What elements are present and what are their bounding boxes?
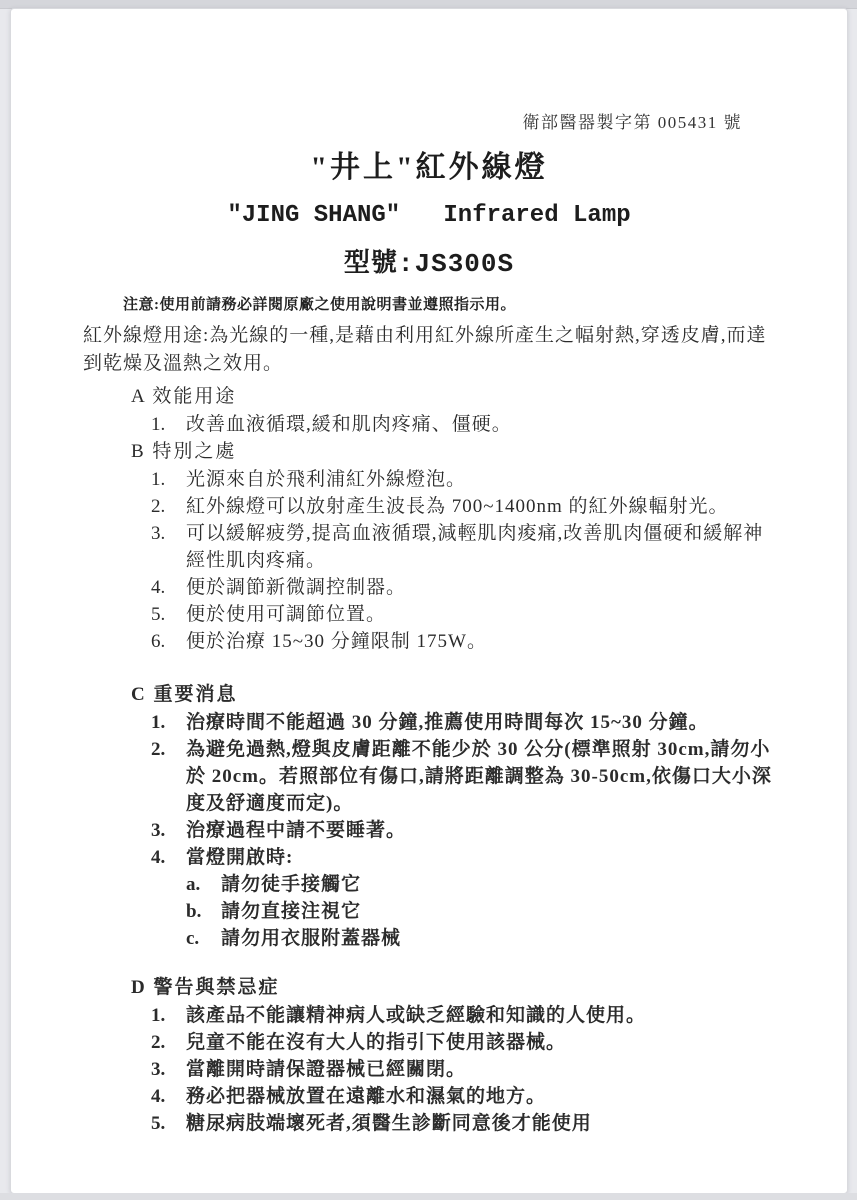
section-B-item-2-number: 2. (151, 493, 186, 520)
section-B-item-4-text: 便於調節新微調控制器。 (186, 574, 774, 601)
intro-paragraph: 紅外線燈用途:為光線的一種,是藉由利用紅外線所產生之幅射熱,穿透皮膚,而達到乾燥… (83, 322, 777, 378)
section-C-item-4-sub-c: c.請勿用衣服附蓋器械 (186, 925, 847, 952)
section-C-item-2: 2.為避免過熱,燈與皮膚距離不能少於 30 公分(標準照射 30cm,請勿小於 … (151, 736, 847, 817)
registration-number: 衛部醫器製字第 005431 號 (11, 112, 847, 134)
section-B-item-6-number: 6. (151, 628, 186, 655)
section-D-item-1: 1.該產品不能讓精神病人或缺乏經驗和知識的人使用。 (151, 1002, 847, 1029)
section-C-item-4-text: 當燈開啟時: (186, 844, 774, 871)
section-A-item-1-text: 改善血液循環,緩和肌肉疼痛、僵硬。 (186, 411, 774, 438)
section-C-item-4-sub-a: a.請勿徒手接觸它 (186, 871, 847, 898)
section-D-item-4-number: 4. (151, 1083, 186, 1110)
section-D-item-5-number: 5. (151, 1110, 186, 1137)
section-C-item-1: 1.治療時間不能超過 30 分鐘,推薦使用時間每次 15~30 分鐘。 (151, 709, 847, 736)
section-B-item-3-text: 可以緩解疲勞,提高血液循環,減輕肌肉痠痛,改善肌肉僵硬和緩解神經性肌肉疼痛。 (186, 520, 774, 574)
product-title-zh: "井上"紅外線燈 (11, 148, 847, 188)
section-D-item-2-number: 2. (151, 1029, 186, 1056)
section-B-item-6: 6.便於治療 15~30 分鐘限制 175W。 (151, 628, 847, 655)
section-B-item-1-number: 1. (151, 466, 186, 493)
section-C-item-1-number: 1. (151, 709, 186, 736)
product-title-en: "JING SHANG" Infrared Lamp (11, 198, 847, 234)
section-C: C 重要消息1.治療時間不能超過 30 分鐘,推薦使用時間每次 15~30 分鐘… (11, 681, 847, 952)
section-B-item-4: 4.便於調節新微調控制器。 (151, 574, 847, 601)
section-D-item-3-text: 當離開時請保證器械已經關閉。 (186, 1056, 774, 1083)
section-A: A 效能用途1.改善血液循環,緩和肌肉疼痛、僵硬。 (11, 383, 847, 438)
section-B-item-4-number: 4. (151, 574, 186, 601)
section-B-item-1-text: 光源來自於飛利浦紅外線燈泡。 (186, 466, 774, 493)
document-content: 衛部醫器製字第 005431 號 "井上"紅外線燈 "JING SHANG" I… (11, 9, 847, 1137)
section-B-heading: B 特別之處 (131, 438, 847, 466)
section-B-item-2: 2.紅外線燈可以放射產生波長為 700~1400nm 的紅外線輻射光。 (151, 493, 847, 520)
section-C-item-4-number: 4. (151, 844, 186, 871)
section-C-item-4-sub-b-text: 請勿直接注視它 (221, 898, 774, 925)
section-B-item-3: 3.可以緩解疲勞,提高血液循環,減輕肌肉痠痛,改善肌肉僵硬和緩解神經性肌肉疼痛。 (151, 520, 847, 574)
section-C-item-1-text: 治療時間不能超過 30 分鐘,推薦使用時間每次 15~30 分鐘。 (186, 709, 774, 736)
section-A-item-1: 1.改善血液循環,緩和肌肉疼痛、僵硬。 (151, 411, 847, 438)
section-D-item-2: 2.兒童不能在沒有大人的指引下使用該器械。 (151, 1029, 847, 1056)
usage-notice: 注意:使用前請務必詳閱原廠之使用說明書並遵照指示用。 (123, 294, 847, 316)
section-D-item-4-text: 務必把器械放置在遠離水和濕氣的地方。 (186, 1083, 774, 1110)
section-B-item-2-text: 紅外線燈可以放射產生波長為 700~1400nm 的紅外線輻射光。 (186, 493, 774, 520)
section-A-item-1-number: 1. (151, 411, 186, 438)
section-B-item-3-number: 3. (151, 520, 186, 574)
section-C-item-4: 4.當燈開啟時: (151, 844, 847, 871)
scan-bottom-edge (0, 1193, 857, 1200)
section-D: D 警告與禁忌症1.該產品不能讓精神病人或缺乏經驗和知識的人使用。2.兒童不能在… (11, 974, 847, 1137)
section-D-heading: D 警告與禁忌症 (131, 974, 847, 1002)
section-B: B 特別之處1.光源來自於飛利浦紅外線燈泡。2.紅外線燈可以放射產生波長為 70… (11, 438, 847, 655)
section-C-item-2-text: 為避免過熱,燈與皮膚距離不能少於 30 公分(標準照射 30cm,請勿小於 20… (186, 736, 774, 817)
section-D-item-4: 4.務必把器械放置在遠離水和濕氣的地方。 (151, 1083, 847, 1110)
section-C-item-2-number: 2. (151, 736, 186, 817)
section-C-heading: C 重要消息 (131, 681, 847, 709)
section-B-item-6-text: 便於治療 15~30 分鐘限制 175W。 (186, 628, 774, 655)
section-C-item-4-sub-a-number: a. (186, 871, 221, 898)
section-C-item-4-sub-b: b.請勿直接注視它 (186, 898, 847, 925)
section-D-item-5-text: 糖尿病肢端壞死者,須醫生診斷同意後才能使用 (186, 1110, 774, 1137)
section-C-item-3: 3.治療過程中請不要睡著。 (151, 817, 847, 844)
section-B-item-5-number: 5. (151, 601, 186, 628)
section-C-item-4-sub-b-number: b. (186, 898, 221, 925)
section-B-item-5: 5.便於使用可調節位置。 (151, 601, 847, 628)
section-D-item-2-text: 兒童不能在沒有大人的指引下使用該器械。 (186, 1029, 774, 1056)
section-D-item-5: 5.糖尿病肢端壞死者,須醫生診斷同意後才能使用 (151, 1110, 847, 1137)
section-A-heading: A 效能用途 (131, 383, 847, 411)
sections-container: A 效能用途1.改善血液循環,緩和肌肉疼痛、僵硬。B 特別之處1.光源來自於飛利… (11, 383, 847, 1137)
section-C-item-4-sub-c-text: 請勿用衣服附蓋器械 (221, 925, 774, 952)
section-D-item-3: 3.當離開時請保證器械已經關閉。 (151, 1056, 847, 1083)
section-B-item-5-text: 便於使用可調節位置。 (186, 601, 774, 628)
section-D-item-3-number: 3. (151, 1056, 186, 1083)
section-D-item-1-number: 1. (151, 1002, 186, 1029)
section-D-item-1-text: 該產品不能讓精神病人或缺乏經驗和知識的人使用。 (186, 1002, 774, 1029)
model-number: 型號:JS300S (11, 247, 847, 281)
section-C-item-4-sub-c-number: c. (186, 925, 221, 952)
section-C-item-3-text: 治療過程中請不要睡著。 (186, 817, 774, 844)
section-C-item-3-number: 3. (151, 817, 186, 844)
document-page: 衛部醫器製字第 005431 號 "井上"紅外線燈 "JING SHANG" I… (10, 8, 848, 1194)
section-C-item-4-sub-a-text: 請勿徒手接觸它 (221, 871, 774, 898)
section-B-item-1: 1.光源來自於飛利浦紅外線燈泡。 (151, 466, 847, 493)
